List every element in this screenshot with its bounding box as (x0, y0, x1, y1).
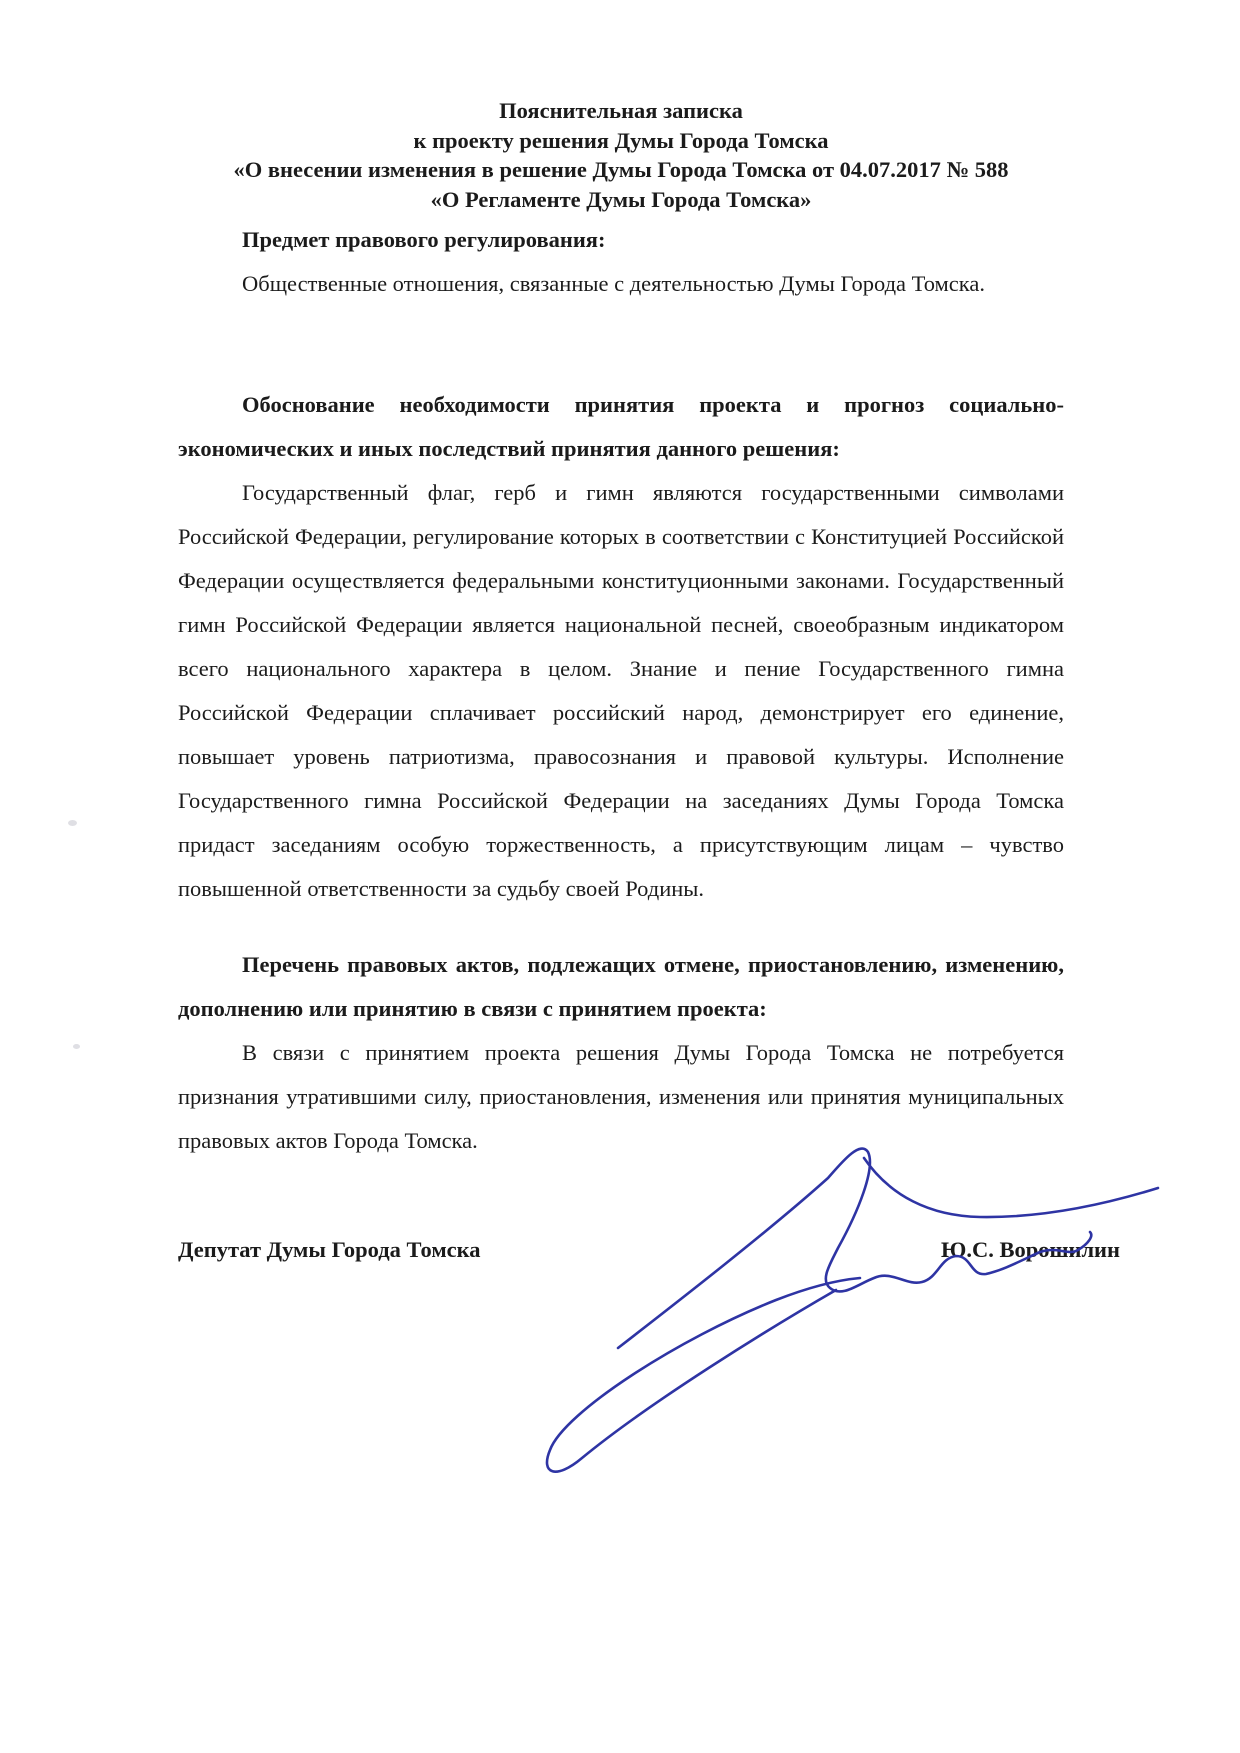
section-heading: Предмет правового регулирования: (178, 218, 1064, 262)
signatory-position-label: Депутат Думы Города Томска (178, 1228, 481, 1272)
section-body: В связи с принятием проекта решения Думы… (178, 1031, 1064, 1163)
document-title: Пояснительная записка к проекту решения … (178, 96, 1064, 214)
section-acts-list: Перечень правовых актов, подлежащих отме… (178, 943, 1064, 1163)
title-line: «О внесении изменения в решение Думы Гор… (178, 155, 1064, 185)
signature-row: Депутат Думы Города Томска Ю.С. Ворошили… (178, 1228, 1120, 1272)
title-line: «О Регламенте Думы Города Томска» (178, 185, 1064, 215)
title-line: Пояснительная записка (178, 96, 1064, 126)
title-line: к проекту решения Думы Города Томска (178, 126, 1064, 156)
section-justification: Обоснование необходимости принятия проек… (178, 383, 1064, 911)
signatory-name: Ю.С. Ворошилин (941, 1228, 1120, 1272)
section-body: Общественные отношения, связанные с деят… (178, 262, 1064, 306)
section-heading: Перечень правовых актов, подлежащих отме… (178, 943, 1064, 1031)
scan-artifact (73, 1044, 80, 1049)
scanned-document-page: { "document": { "title_lines": [ "Поясни… (0, 0, 1240, 1753)
scan-artifact (68, 820, 77, 826)
section-heading: Обоснование необходимости принятия проек… (178, 383, 1064, 471)
section-subject: Предмет правового регулирования: Обществ… (178, 218, 1064, 306)
section-body: Государственный флаг, герб и гимн являют… (178, 471, 1064, 911)
document-content: Пояснительная записка к проекту решения … (178, 96, 1064, 1272)
